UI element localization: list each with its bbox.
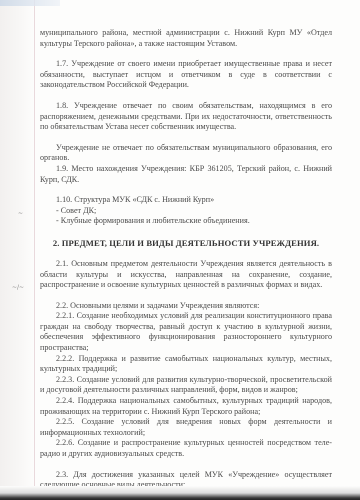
- margin-mark: ~/~: [12, 284, 24, 291]
- paragraph-2-2-6: 2.2.6. Создание и распространение культу…: [40, 438, 332, 459]
- document-body: муниципального района, местной администр…: [40, 28, 332, 491]
- paragraph-1-9: 1.9. Место нахождения Учреждения: КБР 36…: [40, 164, 332, 185]
- paragraph-2-1: 2.1. Основным предметом деятельности Учр…: [40, 259, 332, 291]
- paragraph-1-10: 1.10. Структура МУК «СДК с. Нижний Курп»: [40, 195, 332, 206]
- paragraph-2-2-3: 2.2.3. Создание условий для развития кул…: [40, 375, 332, 396]
- scan-bottom-edge: [0, 486, 360, 500]
- paragraph-2-2-5: 2.2.5. Создание условий для внедрения но…: [40, 417, 332, 438]
- margin-mark: ~: [18, 210, 23, 217]
- scan-top-shadow: [0, 0, 60, 6]
- paragraph-2-2-2: 2.2.2. Поддержка и развитие самобытных н…: [40, 354, 332, 375]
- paragraph-1-7: 1.7. Учреждение от своего имени приобрет…: [40, 59, 332, 91]
- paragraph-continuation: муниципального района, местной администр…: [40, 28, 332, 49]
- paragraph-not-liable: Учреждение не отвечает по обязательствам…: [40, 143, 332, 164]
- structure-item: - Клубные формирования и любительские об…: [40, 216, 332, 227]
- paragraph-2-2: 2.2. Основными целями и задачами Учрежде…: [40, 301, 332, 312]
- page-fold-line: [34, 0, 35, 486]
- paragraph-1-8: 1.8. Учреждение отвечает по своим обязат…: [40, 101, 332, 133]
- paragraph-2-2-4: 2.2.4. Поддержка национальных самобытных…: [40, 396, 332, 417]
- structure-item: - Совет ДК;: [40, 206, 332, 217]
- section-2-title: 2. ПРЕДМЕТ, ЦЕЛИ И ВИДЫ ДЕЯТЕЛЬНОСТИ УЧР…: [40, 237, 332, 249]
- paragraph-2-2-1: 2.2.1. Создание необходимых условий для …: [40, 311, 332, 353]
- page-left-edge: [0, 0, 34, 486]
